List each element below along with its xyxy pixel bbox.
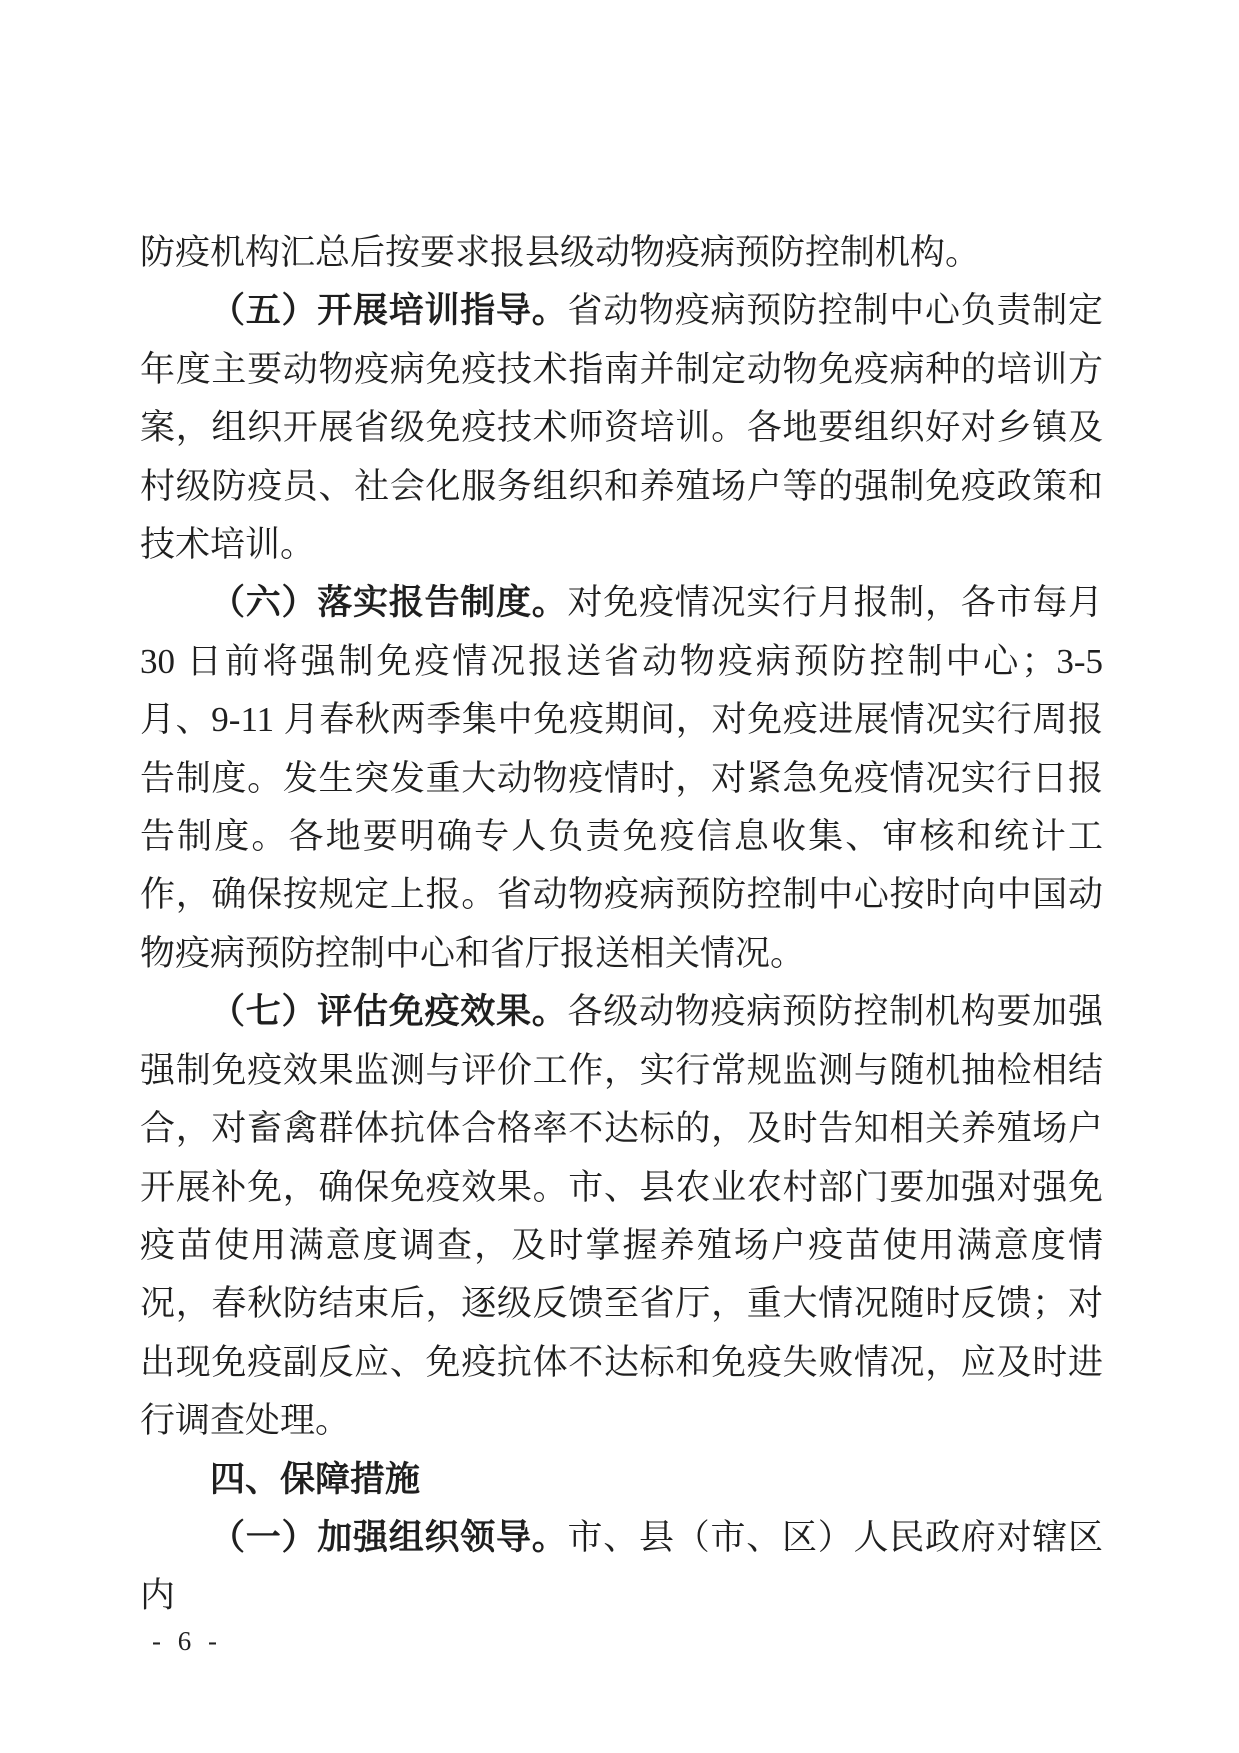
paragraph-text: 省动物疫病预防控制中心负责制定年度主要动物疫病免疫技术指南并制定动物免疫病种的培… <box>140 291 1103 564</box>
paragraph-item-7: （七）评估免疫效果。各级动物疫病预防控制机构要加强强制免疫效果监测与评价工作，实… <box>140 983 1103 1450</box>
paragraph-item-6: （六）落实报告制度。对免疫情况实行月报制，各市每月 30 日前将强制免疫情况报送… <box>140 574 1103 983</box>
page-number: - 6 - <box>152 1626 222 1657</box>
paragraph-lead: （五）开展培训指导。 <box>210 291 568 330</box>
section-heading: 四、保障措施 <box>140 1451 1103 1509</box>
paragraph-lead: （一）加强组织领导。 <box>210 1518 568 1557</box>
paragraph-text: 各级动物疫病预防控制机构要加强强制免疫效果监测与评价工作，实行常规监测与随机抽检… <box>140 992 1103 1440</box>
paragraph-lead: （六）落实报告制度。 <box>210 583 568 622</box>
paragraph-item-1: （一）加强组织领导。市、县（市、区）人民政府对辖区内 <box>140 1509 1103 1626</box>
paragraph-text: 对免疫情况实行月报制，各市每月 30 日前将强制免疫情况报送省动物疫病预防控制中… <box>140 583 1103 972</box>
document-page: 防疫机构汇总后按要求报县级动物疫病预防控制机构。 （五）开展培训指导。省动物疫病… <box>0 0 1239 1753</box>
document-body: 防疫机构汇总后按要求报县级动物疫病预防控制机构。 （五）开展培训指导。省动物疫病… <box>140 224 1103 1626</box>
paragraph-continuation: 防疫机构汇总后按要求报县级动物疫病预防控制机构。 <box>140 224 1103 282</box>
paragraph-item-5: （五）开展培训指导。省动物疫病预防控制中心负责制定年度主要动物疫病免疫技术指南并… <box>140 282 1103 574</box>
paragraph-lead: （七）评估免疫效果。 <box>210 992 568 1031</box>
